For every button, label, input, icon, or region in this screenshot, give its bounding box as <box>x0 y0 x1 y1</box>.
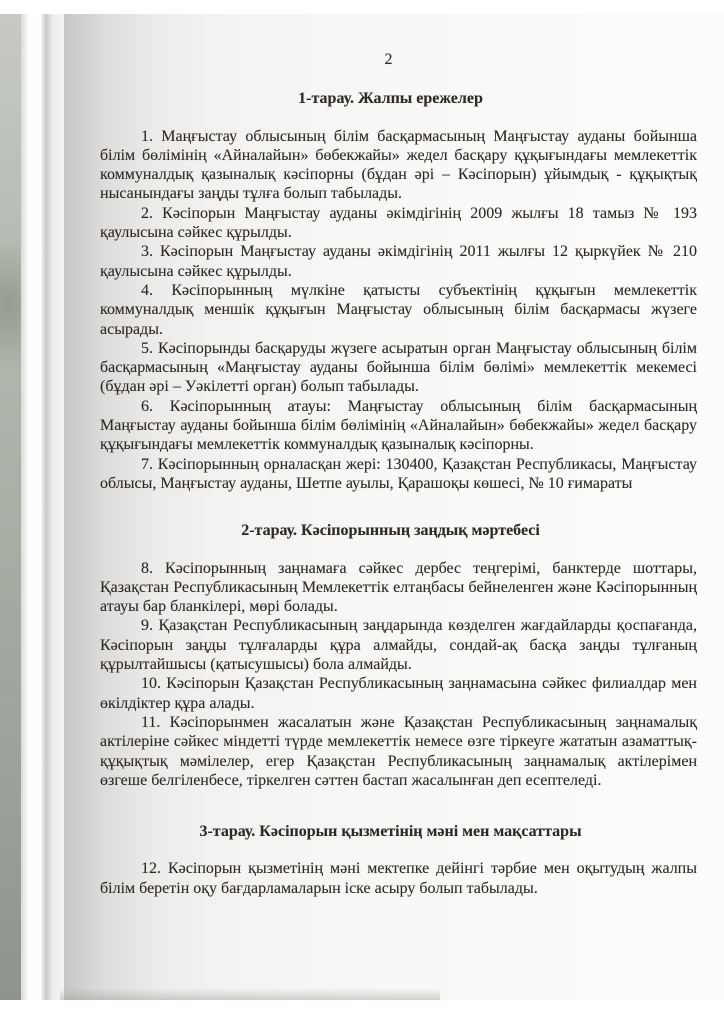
paragraph-7: 7. Кәсіпорынның орналасқан жері: 130400,… <box>100 455 697 494</box>
paragraph-2: 2. Кәсіпорын Маңғыстау ауданы әкімдігіні… <box>100 204 697 243</box>
chapter-1-heading: 1-тарау. Жалпы ережелер <box>92 89 689 108</box>
chapter-3-heading: 3-тарау. Кәсіпорын қызметінің мәні мен м… <box>92 822 689 841</box>
page-number: 2 <box>90 50 687 69</box>
document-content: 2 1-тарау. Жалпы ережелер 1. Маңғыстау о… <box>100 50 697 898</box>
scanner-bed-strip <box>0 14 21 1000</box>
paragraph-1: 1. Маңғыстау облысының білім басқармасын… <box>100 127 697 204</box>
paragraph-5: 5. Кәсіпорынды басқаруды жүзеге асыратын… <box>100 339 697 397</box>
page-edge <box>21 14 64 1000</box>
paragraph-10: 10. Кәсіпорын Қазақстан Республикасының … <box>100 674 697 713</box>
chapter-2-heading: 2-тарау. Кәсіпорынның заңдық мәртебесі <box>92 521 689 540</box>
paragraph-6: 6. Кәсіпорынның атауы: Маңғыстау облысын… <box>100 397 697 455</box>
paragraph-12: 12. Кәсіпорын қызметінің мәні мектепке д… <box>100 859 697 898</box>
paragraph-9: 9. Қазақстан Республикасының заңдарында … <box>100 616 697 674</box>
paragraph-4: 4. Кәсіпорынның мүлкіне қатысты субъекті… <box>100 281 697 339</box>
paragraph-3: 3. Кәсіпорын Маңғыстау ауданы әкімдігіні… <box>100 242 697 281</box>
paragraph-8: 8. Кәсіпорынның заңнамаға сәйкес дербес … <box>100 559 697 617</box>
page-bottom-edge-shadow <box>60 988 440 1000</box>
paragraph-11: 11. Кәсіпорынмен жасалатын және Қазақста… <box>100 713 697 790</box>
